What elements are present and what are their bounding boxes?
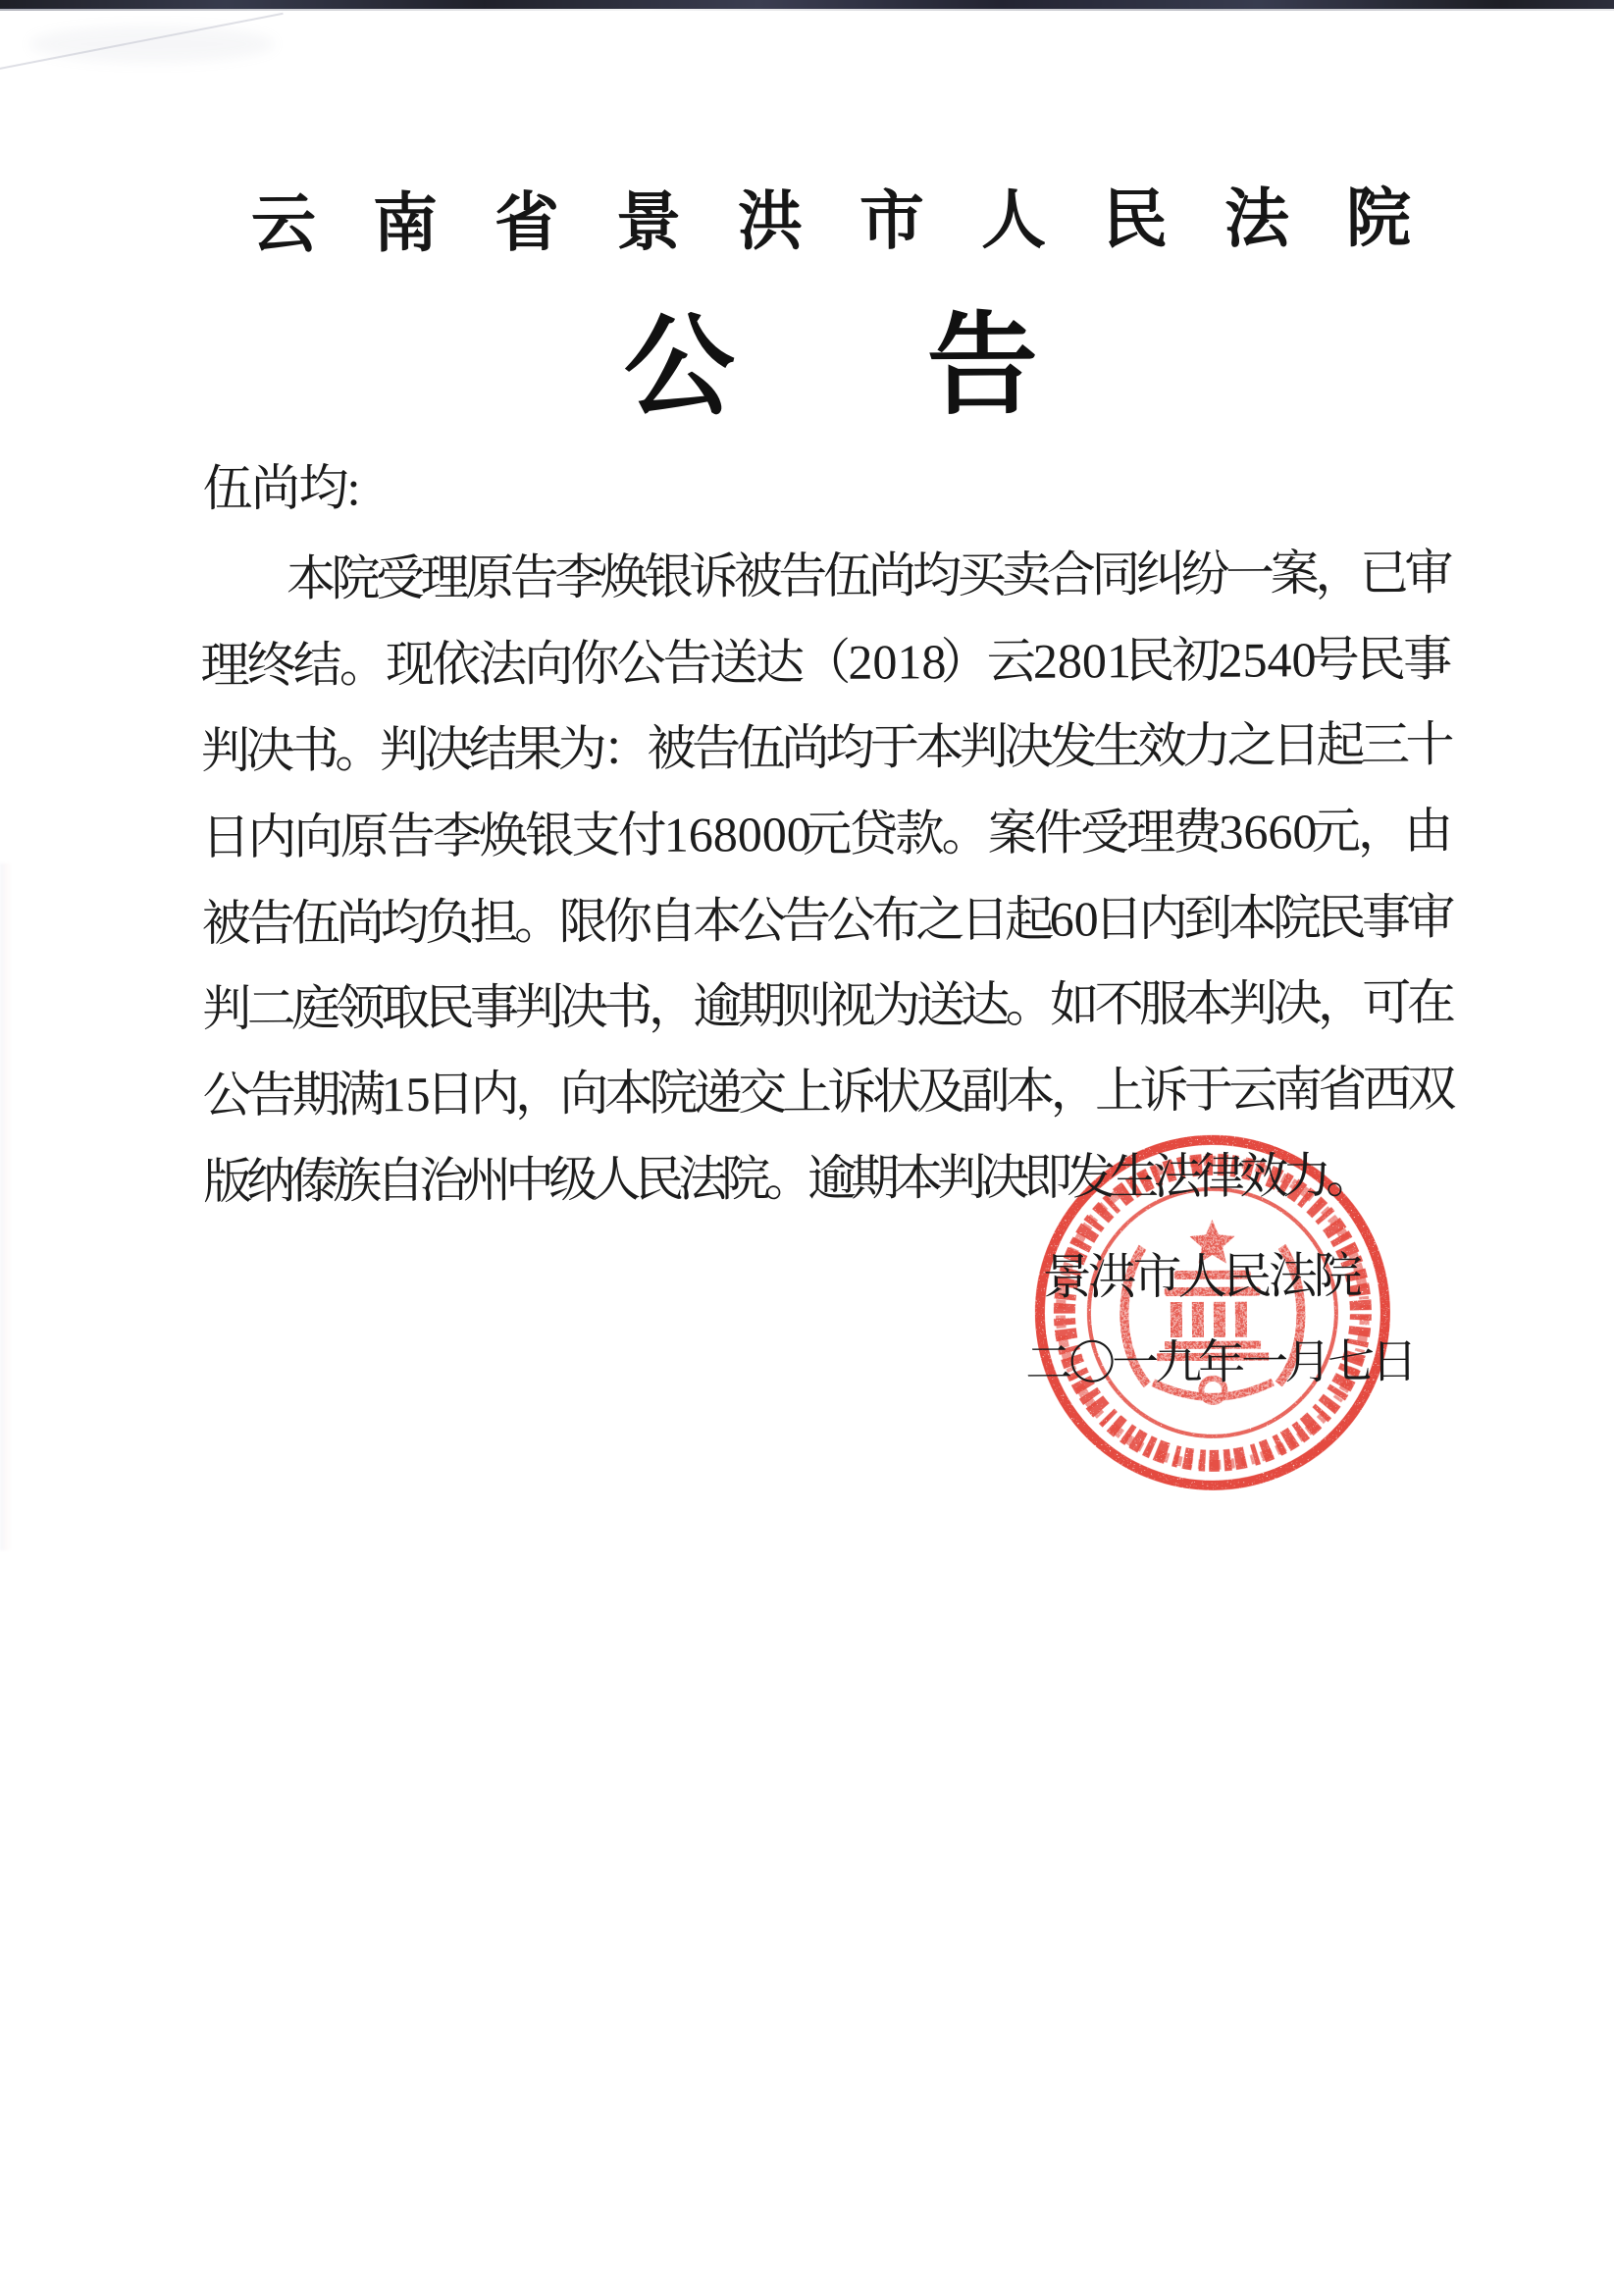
body-line-1: 本院受理原告李焕银诉被告伍尚均买卖合同纠纷一案，已审 [200, 548, 1449, 604]
issuing-court-signature: 景洪市人民法院 [1043, 1251, 1359, 1302]
first-line-indent [200, 554, 286, 603]
title-char-1: 公 [624, 312, 736, 424]
body-line-4: 日内向原告李焕银支付168000元贷款。案件受理费3660元，由 [201, 807, 1450, 862]
court-name-heading: 云南省景洪市人民法院 [251, 187, 1411, 258]
scanned-court-announcement: { "page": { "court_name": "云南省景洪市人民法院", … [0, 0, 1614, 2296]
body-line-3: 判决书。判决结果为：被告伍尚均于本判决发生效力之日起三十 [201, 720, 1450, 776]
recipient-name: 伍尚均: [202, 464, 358, 515]
body-line-6: 判二庭领取民事判决书，逾期则视为送达。如不服本判决，可在 [202, 978, 1451, 1034]
document-title: 公 告 [624, 311, 1039, 424]
document-sheet: 云南省景洪市人民法院 公 告 伍尚均: 本院受理原告李焕银诉被告伍尚均买卖合同纠… [0, 0, 1614, 2296]
body-line-5: 被告伍尚均负担。限你自本公告公布之日起60日内到本院民事审 [202, 893, 1451, 949]
body-line-7: 公告期满15日内，向本院递交上诉状及副本，上诉于云南省西双 [203, 1065, 1452, 1121]
issue-date: 二〇一九年一月七日 [1025, 1339, 1414, 1388]
body-line-8: 版纳傣族自治州中级人民法院。逾期本判决即发生法律效力。 [203, 1151, 1452, 1207]
title-char-2: 告 [927, 311, 1039, 423]
body-line-2: 理终结。现依法向你公告送达（2018）云2801民初2540号民事 [200, 635, 1449, 691]
